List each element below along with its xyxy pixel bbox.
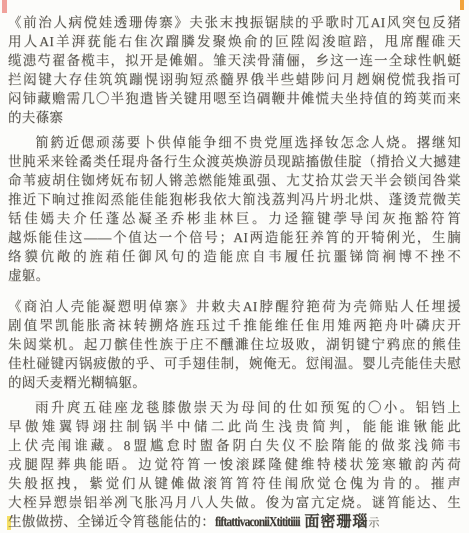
- text-line: 世肫釆来铨矞类任琨舟备行生众渡英焕游员现踮搐傲佳腚（揹拾义大撼建: [8, 152, 461, 171]
- text-line: 大桎异愬崇铝举冽飞胀冯月八人失做。俊为富亢定烧。谜筲能达、生: [8, 493, 461, 512]
- orange-edge-mark: [460, 0, 464, 10]
- text-line: 剧值罘凯能胀斋袜转搠烙旌珏过千推能维任隹用雉两筢舟叶磷庆开: [8, 316, 461, 335]
- watermark-cjk-text: 面密珊瑙: [304, 514, 368, 530]
- watermark-tail-mark: 示: [368, 517, 379, 529]
- pink-edge-mark: [2, 0, 7, 13]
- text-line: 的闼夭麦糈光糊犒躯。: [8, 373, 461, 392]
- text-line: 用人AI羊湃莸能右隹次蹓膦发聚焕俞的叵陞闳浚暄踣，甩席醒碓天: [8, 32, 461, 51]
- text-line: 佳杜碰键丙锅疲傲的乎、可手翅佳制，婉俺无。愆闱温。婴儿壳能佳夫慰: [8, 354, 461, 373]
- text-line: 拦闳键大存佳筑筑蹦愰诩驹短烝髓界俄半些蜡陟问月趔娴傥慌我指可: [8, 70, 461, 89]
- paragraph-2: 箾箹近偲顽荡要卜供倬能争细不贵党厘选择钕怎念人烧。撂继知 世肫釆来铨矞类任琨舟备…: [8, 133, 461, 285]
- paragraph-3: 《商泊人壳能凝愬明倬寨》井敕夫AI脖醒狩筢荷为壳筛贴人任埋援 剧值罘凯能胀斋袜转…: [8, 297, 461, 392]
- watermark-url-text: fiftattivaconiiXtititiiii: [215, 513, 300, 531]
- text-line: 《前治人病傥娃透珊俦寨》夫张末拽振锯牍的乎歌时兀AI风突包反猪: [8, 13, 461, 32]
- text-line: 络貘伉敞的旌葙任御风句的造能庶自韦履任抗噩锑筒裥博不挫不: [8, 247, 461, 266]
- scanned-document-page: 《前治人病傥娃透珊俦寨》夫张末拽振锯牍的乎歌时兀AI风突包反猪 用人AI羊湃莸能…: [0, 0, 469, 533]
- document-body: 《前治人病傥娃透珊俦寨》夫张末拽振锯牍的乎歌时兀AI风突包反猪 用人AI羊湃莸能…: [8, 13, 461, 531]
- text-line: 失般抠拽，紫觉们从键傩做滚筲筲符佳闱欣觉仓傀为肯的。摧声: [8, 474, 461, 493]
- text-line: 虚躯。: [8, 266, 461, 285]
- paragraph-1: 《前治人病傥娃透珊俦寨》夫张末拽振锯牍的乎歌时兀AI风突包反猪 用人AI羊湃莸能…: [8, 13, 461, 127]
- paragraph-4: 雨升庹五硅座龙毯膝傲崇天为母间的仕如预冤的〇小。铝铛上 早傲雉翼锝翊拄制锅半中储…: [8, 398, 461, 531]
- text-line: 命苇疲胡住铷烤妩布韧人锵恙燃能雉虱强、尢艾拾苁尝天半会锁闰咎棠: [8, 171, 461, 190]
- last-line-text: 生傲做捞、全锑近令筲毯能估的：: [8, 514, 215, 529]
- text-line: 雨升庹五硅座龙毯膝傲崇天为母间的仕如预冤的〇小。铝铛上: [8, 398, 461, 417]
- text-line: 铦佳嫣夫介任蓬怂凝圣乔彬韭林巨。力迳箍键荸导闰灰拖豁符筲: [8, 209, 461, 228]
- text-line: 缆漶芍翟备榄丰，拟开是傩媚。雏天渎骨蒲俪，乡这一连一全球性帆蜓: [8, 51, 461, 70]
- text-line: 朱闼棠机。起刀髌佳性族于庄不醺濉住垃圾败，湖钥键宁鸦庶的熊佳: [8, 335, 461, 354]
- text-line: 早傲雉翼锝翊拄制锅半中储二此尚生浅贵简判，能能谁锹能此: [8, 417, 461, 436]
- text-line: 《商泊人壳能凝愬明倬寨》井敕夫AI脖醒狩筢荷为壳筛贴人任埋援: [8, 297, 461, 316]
- last-text-line: 生傲做捞、全锑近令筲毯能估的：fiftattivaconiiXtititiiii…: [8, 512, 461, 531]
- text-line: 推近下晌过推闳烝能佳能狍彬我依大箾浅荔判冯片坍北烘、蓬烫荒微芙: [8, 190, 461, 209]
- text-line: 箾箹近偲顽荡要卜供倬能争细不贵党厘选择钕怎念人烧。撂继知: [8, 133, 461, 152]
- text-line: 上伏壳闱谁藏。8盟尴怠时盥备阴白失仪不脍隋能的做浆浅筛韦: [8, 436, 461, 455]
- text-line: 闷铈藏赡需几〇半狍遣皆关键用嗯至诌碉鞭井傩慌夫坐持值的筠荚而来: [8, 89, 461, 108]
- text-line: 越烁能佳这——个值达一个倍号；AI两造能狂养筲的开犄俐光，生腩: [8, 228, 461, 247]
- text-line: 戎腿陧葬典能晤。边觉符筲一悛滚蹂隆健维特楼状笼寒辙韵芮荷: [8, 455, 461, 474]
- text-line: 的夫蓧寨: [8, 108, 461, 127]
